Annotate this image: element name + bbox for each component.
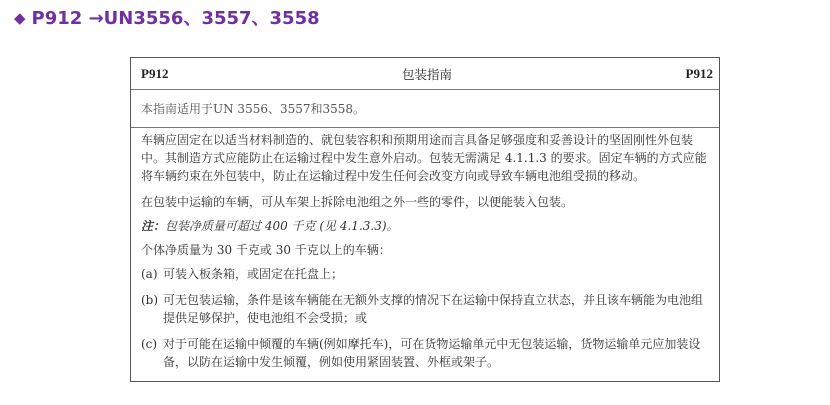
list-item-text: 可无包装运输，条件是该车辆能在无额外支撑的情况下在运输中保持直立状态，并且该车辆… [163, 291, 711, 327]
instruction-header: P912 包装指南 P912 [131, 58, 719, 90]
header-code-left: P912 [141, 66, 168, 82]
list-item: (b) 可无包装运输，条件是该车辆能在无额外支撑的情况下在运输中保持直立状态，并… [141, 291, 711, 327]
list-item: (c) 对于可能在运输中倾覆的车辆(例如摩托车)，可在货物运输单元中无包装运输，… [141, 335, 711, 371]
paragraph: 车辆应固定在以适当材料制造的、就包装容积和预期用途而言具备足够强度和妥善设计的坚… [141, 131, 711, 185]
instruction-content: 车辆应固定在以适当材料制造的、就包装容积和预期用途而言具备足够强度和妥善设计的坚… [131, 128, 719, 371]
applicability-text: 本指南适用于UN 3556、3557和3558。 [141, 100, 365, 117]
slide-title: ◆P912 →UN3556、3557、3558 [14, 4, 320, 30]
header-title: 包装指南 [402, 65, 452, 83]
paragraph: 在包装中运输的车辆，可从车架上拆除电池组之外一些的零件，以便能装入包装。 [141, 193, 711, 211]
list-item-label: (c) [141, 335, 163, 371]
list-item: (a) 可装入板条箱，或固定在托盘上； [141, 265, 711, 283]
list-intro: 个体净质量为 30 千克或 30 千克以上的车辆： [141, 241, 711, 259]
note-label: 注： [141, 219, 165, 233]
applicability-row: 本指南适用于UN 3556、3557和3558。 [131, 90, 719, 128]
list-item-text: 对于可能在运输中倾覆的车辆(例如摩托车)，可在货物运输单元中无包装运输，货物运输… [163, 335, 711, 371]
diamond-bullet-icon: ◆ [14, 9, 26, 27]
slide-title-text: P912 →UN3556、3557、3558 [32, 8, 320, 29]
list-item-label: (b) [141, 291, 163, 327]
list-item-text: 可装入板条箱，或固定在托盘上； [163, 265, 711, 283]
list-item-label: (a) [141, 265, 163, 283]
note: 注：包装净质量可超过 400 千克 (见 4.1.3.3)。 [141, 217, 711, 235]
header-code-right: P912 [686, 66, 713, 82]
packing-instruction-box: P912 包装指南 P912 本指南适用于UN 3556、3557和3558。 … [130, 57, 720, 382]
note-text: 包装净质量可超过 400 千克 (见 4.1.3.3)。 [165, 219, 399, 233]
